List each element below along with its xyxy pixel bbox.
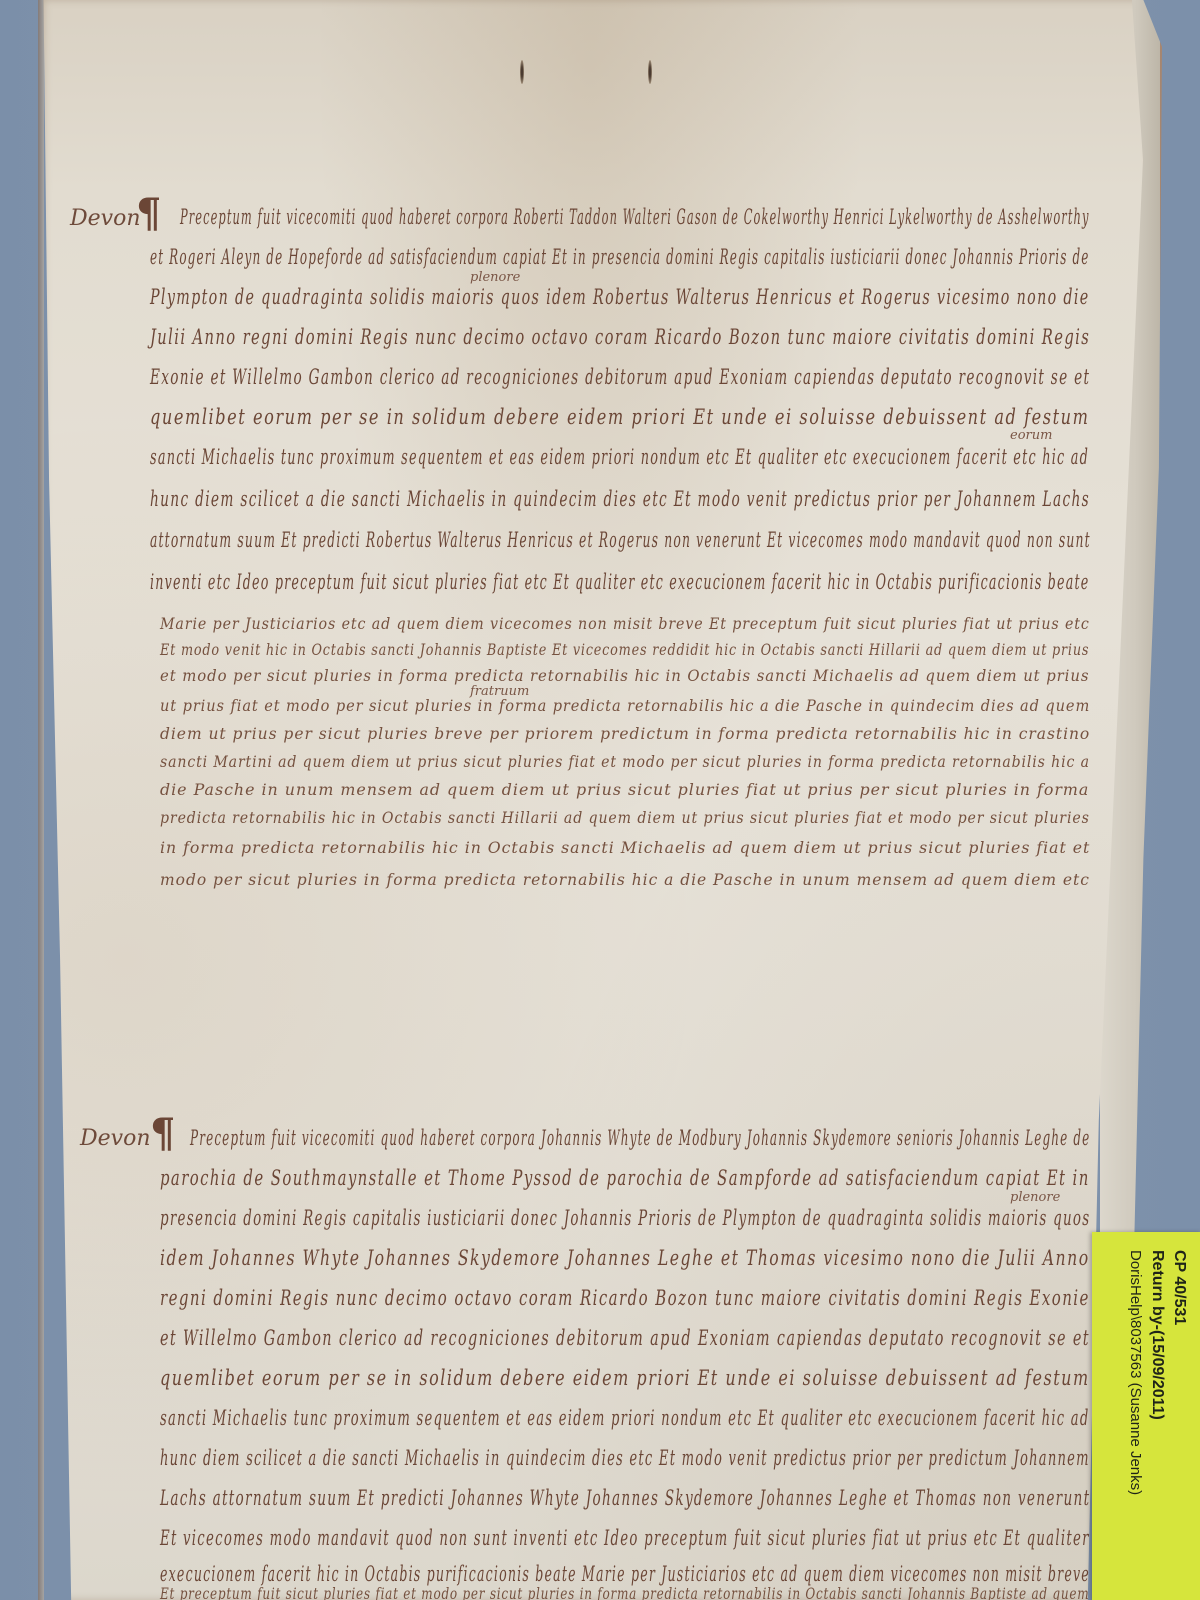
text-line: sancti Michaelis tunc proximum sequentem… [150,445,1089,469]
text-line: attornatum suum Et predicti Robertus Wal… [150,528,1091,552]
text-line: sancti Michaelis tunc proximum sequentem… [160,1406,1090,1430]
text-line: execucionem facerit hic in Octabis purif… [160,1562,1090,1586]
archival-request-slip: CP 40/531 Return by-(15/09/2011) DorisHe… [1092,1232,1200,1600]
text-line: inventi etc Ideo preceptum fuit sicut pl… [150,570,1090,594]
text-line: idem Johannes Whyte Johannes Skydemore J… [160,1246,1090,1270]
text-line: Preceptum fuit vicecomiti quod haberet c… [180,205,696,229]
interlineation: eorum [1010,428,1052,443]
text-line: Lachs attornatum suum Et predicti Johann… [160,1486,1090,1510]
parchment-edge [38,0,44,1600]
text-line: diem ut prius per sicut pluries breve pe… [160,724,1090,743]
stitch-hole [648,60,652,84]
text-line: Et preceptum fuit sicut pluries fiat et … [160,1584,1089,1600]
requester: DorisHelp\8037563 (Susanne Jenks) [1124,1250,1146,1590]
text-line: et Willelmo Gambon clerico ad recognicio… [160,1326,1090,1350]
text-line: Plympton de quadraginta solidis maioris … [150,285,1090,309]
slip-text: CP 40/531 Return by-(15/09/2011) DorisHe… [1124,1250,1190,1590]
text-line: in forma predicta retornabilis hic in Oc… [160,838,1090,857]
margin-county: Devon [70,206,141,231]
text-line: parochia de Southmaynstalle et Thome Pys… [160,1166,1090,1190]
margin-county: Devon [80,1126,151,1151]
text-line: presencia domini Regis capitalis iustici… [160,1206,1090,1230]
text-line: die Pasche in unum mensem ad quem diem u… [160,780,1089,799]
stitch-hole [520,60,524,84]
document-reference: CP 40/531 [1168,1250,1190,1590]
paragraph-mark: ¶ [150,1110,175,1157]
parchment-membrane [38,0,1143,1600]
paragraph-mark: ¶ [136,190,161,237]
text-line: Et vicecomes modo mandavit quod non sunt… [160,1526,1090,1550]
text-line: predicta retornabilis hic in Octabis san… [160,808,1090,827]
text-line: quemlibet eorum per se in solidum debere… [160,1366,1090,1390]
text-line: Exonie et Willelmo Gambon clerico ad rec… [150,365,1090,389]
interlineation: plenore [470,270,520,285]
text-line: modo per sicut pluries in forma predicta… [160,870,1090,889]
text-line: quemlibet eorum per se in solidum debere… [150,405,1089,429]
text-line: Preceptum fuit vicecomiti quod haberet c… [190,1126,1090,1150]
text-line: et Rogeri Aleyn de Hopeforde ad satisfac… [150,245,1090,269]
text-line: hunc diem scilicet a die sancti Michaeli… [150,487,1090,511]
text-line: ut prius fiat et modo per sicut pluries … [160,696,1090,715]
text-line: et modo per sicut pluries in forma predi… [160,666,1089,685]
text-line: Marie per Justiciarios etc ad quem diem … [160,614,1090,633]
text-line: Et modo venit hic in Octabis sancti Joha… [160,640,1089,659]
return-by-date: Return by-(15/09/2011) [1146,1250,1168,1590]
text-line: Julii Anno regni domini Regis nunc decim… [150,325,1090,349]
interlineation: plenore [1010,1190,1060,1205]
text-line: regni domini Regis nunc decimo octavo co… [160,1286,1090,1310]
text-line: hunc diem scilicet a die sancti Michaeli… [160,1446,1090,1470]
text-line: sancti Martini ad quem diem ut prius sic… [160,752,1090,771]
